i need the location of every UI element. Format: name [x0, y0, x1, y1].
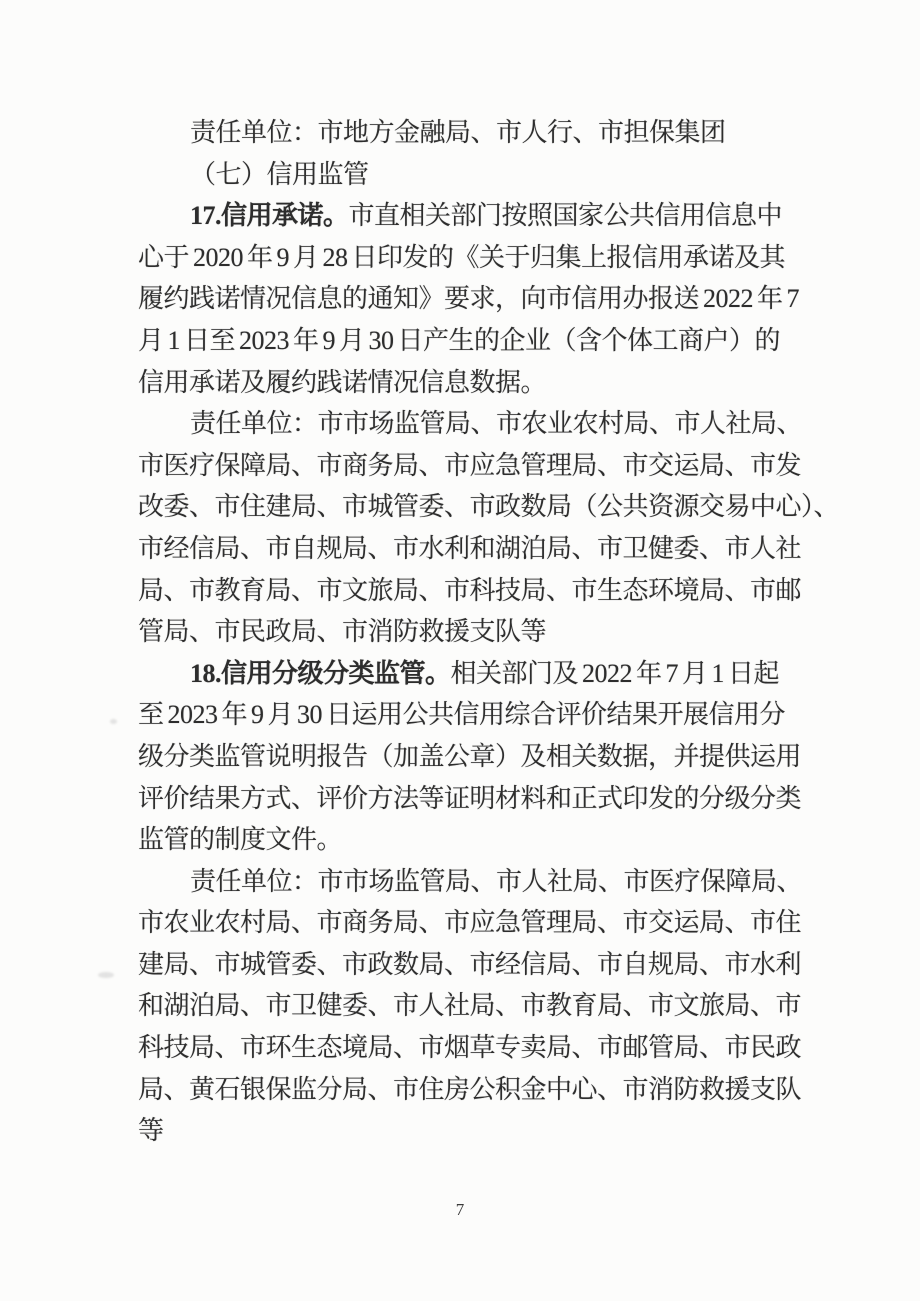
line-text: 相关部门及 2022 年 7 月 1 日起: [451, 659, 780, 688]
line-text: 管局、市民政局、市消防救援支队等: [138, 617, 546, 646]
line-text: 信用承诺及履约践诺情况信息数据。: [138, 368, 546, 397]
text-line: 评价结果方式、评价方法等证明材料和正式印发的分级分类: [138, 778, 790, 820]
item-18-heading: 18.信用分级分类监管。: [190, 659, 451, 688]
line-text: 科技局、市环生态境局、市烟草专卖局、市邮管局、市民政: [138, 1033, 801, 1062]
line-text: 改委、市住建局、市城管委、市政数局（公共资源交易中心）、: [138, 492, 839, 521]
text-line: 月 1 日至 2023 年 9 月 30 日产生的企业（含个体工商户）的: [138, 320, 790, 362]
text-line: 局、黄石银保监分局、市住房公积金中心、市消防救援支队: [138, 1069, 790, 1111]
scan-artifact: [110, 719, 117, 724]
page-number: 7: [0, 1200, 920, 1220]
document-text-block: 责任单位：市地方金融局、市人行、市担保集团 （七）信用监管 17.信用承诺。市直…: [138, 112, 790, 1152]
text-line: 科技局、市环生态境局、市烟草专卖局、市邮管局、市民政: [138, 1027, 790, 1069]
text-line: 和湖泊局、市卫健委、市人社局、市教育局、市文旅局、市: [138, 985, 790, 1027]
line-text: 市经信局、市自规局、市水利和湖泊局、市卫健委、市人社: [138, 534, 801, 563]
text-line: 市经信局、市自规局、市水利和湖泊局、市卫健委、市人社: [138, 528, 790, 570]
line-text: （七）信用监管: [190, 160, 369, 189]
line-text: 监管的制度文件。: [138, 825, 342, 854]
text-line: 市农业农村局、市商务局、市应急管理局、市交运局、市住: [138, 902, 790, 944]
line-text: 建局、市城管委、市政数局、市经信局、市自规局、市水利: [138, 950, 801, 979]
text-line: 至 2023 年 9 月 30 日运用公共信用综合评价结果开展信用分: [138, 694, 790, 736]
item-18-line: 18.信用分级分类监管。相关部门及 2022 年 7 月 1 日起: [138, 653, 790, 695]
line-text: 责任单位：市市场监管局、市人社局、市医疗保障局、: [190, 867, 802, 896]
line-text: 等: [138, 1116, 164, 1145]
text-line: 建局、市城管委、市政数局、市经信局、市自规局、市水利: [138, 944, 790, 986]
text-line: 管局、市民政局、市消防救援支队等: [138, 611, 790, 653]
text-line: 局、市教育局、市文旅局、市科技局、市生态环境局、市邮: [138, 570, 790, 612]
line-text: 评价结果方式、评价方法等证明材料和正式印发的分级分类: [138, 784, 801, 813]
responsible-units-line: 责任单位：市市场监管局、市人社局、市医疗保障局、: [138, 861, 790, 903]
text-line: 信用承诺及履约践诺情况信息数据。: [138, 362, 790, 404]
text-line: 心于 2020 年 9 月 28 日印发的《关于归集上报信用承诺及其: [138, 237, 790, 279]
text-line: 履约践诺情况信息的通知》要求，向市信用办报送 2022 年 7: [138, 278, 790, 320]
text-line: 等: [138, 1110, 790, 1152]
line-text: 心于 2020 年 9 月 28 日印发的《关于归集上报信用承诺及其: [138, 243, 785, 272]
line-text: 和湖泊局、市卫健委、市人社局、市教育局、市文旅局、市: [138, 991, 801, 1020]
responsible-units-line: 责任单位：市市场监管局、市农业农村局、市人社局、: [138, 403, 790, 445]
responsible-units-line: 责任单位：市地方金融局、市人行、市担保集团: [138, 112, 790, 154]
line-text: 市医疗保障局、市商务局、市应急管理局、市交运局、市发: [138, 451, 801, 480]
section-heading: （七）信用监管: [138, 154, 790, 196]
line-text: 市直相关部门按照国家公共信用信息中: [349, 201, 783, 230]
text-line: 监管的制度文件。: [138, 819, 790, 861]
scan-artifact: [98, 972, 114, 978]
line-text: 履约践诺情况信息的通知》要求，向市信用办报送 2022 年 7: [138, 284, 799, 313]
line-text: 局、黄石银保监分局、市住房公积金中心、市消防救援支队: [138, 1075, 801, 1104]
item-17-line: 17.信用承诺。市直相关部门按照国家公共信用信息中: [138, 195, 790, 237]
line-text: 至 2023 年 9 月 30 日运用公共信用综合评价结果开展信用分: [138, 700, 785, 729]
text-line: 改委、市住建局、市城管委、市政数局（公共资源交易中心）、: [138, 486, 790, 528]
line-text: 月 1 日至 2023 年 9 月 30 日产生的企业（含个体工商户）的: [138, 326, 780, 355]
text-line: 市医疗保障局、市商务局、市应急管理局、市交运局、市发: [138, 445, 790, 487]
line-text: 责任单位：市地方金融局、市人行、市担保集团: [190, 118, 726, 147]
line-text: 局、市教育局、市文旅局、市科技局、市生态环境局、市邮: [138, 576, 801, 605]
item-17-heading: 17.信用承诺。: [190, 201, 349, 230]
line-text: 责任单位：市市场监管局、市农业农村局、市人社局、: [190, 409, 802, 438]
document-page: 责任单位：市地方金融局、市人行、市担保集团 （七）信用监管 17.信用承诺。市直…: [0, 0, 920, 1301]
text-line: 级分类监管说明报告（加盖公章）及相关数据，并提供运用: [138, 736, 790, 778]
line-text: 级分类监管说明报告（加盖公章）及相关数据，并提供运用: [138, 742, 801, 771]
line-text: 市农业农村局、市商务局、市应急管理局、市交运局、市住: [138, 908, 801, 937]
